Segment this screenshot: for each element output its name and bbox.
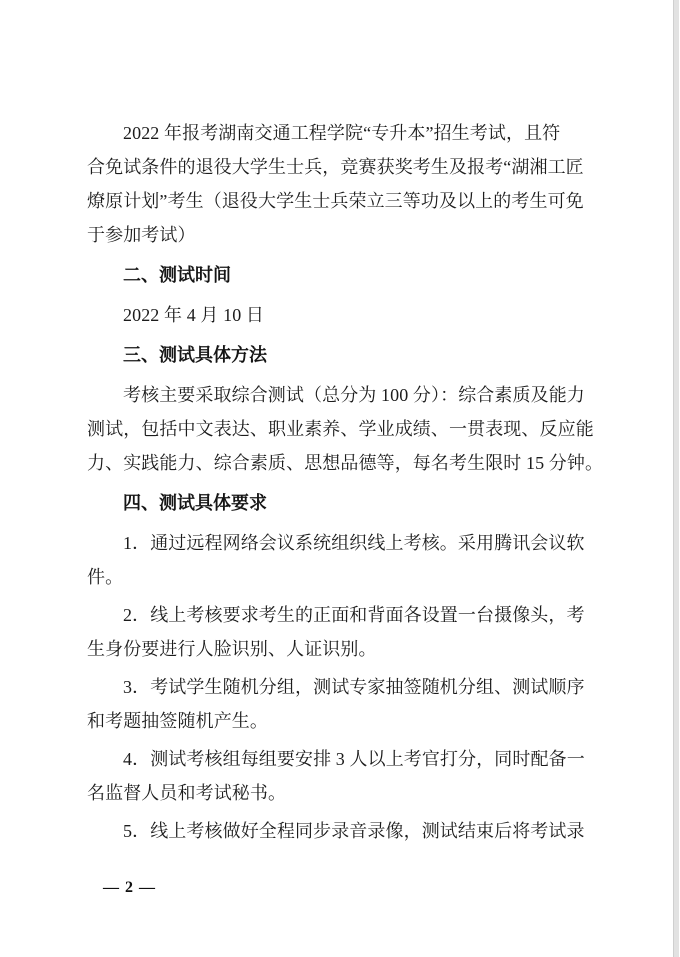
list-item-1: 1．通过远程网络会议系统组织线上考核。采用腾讯会议软 件。 [87,526,593,594]
text-line: 2022 年 4 月 10 日 [87,298,593,332]
paragraph-test-method: 考核主要采取综合测试（总分为 100 分）：综合素质及能力 测试，包括中文表达、… [87,378,593,480]
paragraph-eligibility: 2022 年报考湖南交通工程学院“专升本”招生考试，且符 合免试条件的退役大学生… [87,116,593,252]
text-line: 2．线上考核要求考生的正面和背面各设置一台摄像头，考 [87,598,593,632]
document-page: 2022 年报考湖南交通工程学院“专升本”招生考试，且符 合免试条件的退役大学生… [0,0,680,957]
list-item-4: 4．测试考核组每组要安排 3 人以上考官打分，同时配备一 名监督人员和考试秘书。 [87,742,593,810]
list-item-2: 2．线上考核要求考生的正面和背面各设置一台摄像头，考 生身份要进行人脸识别、人证… [87,598,593,666]
text-line: 于参加考试） [87,218,593,252]
text-line: 考核主要采取综合测试（总分为 100 分）：综合素质及能力 [87,378,593,412]
list-item-3: 3．考试学生随机分组，测试专家抽签随机分组、测试顺序 和考题抽签随机产生。 [87,670,593,738]
text-line: 1．通过远程网络会议系统组织线上考核。采用腾讯会议软 [87,526,593,560]
text-line: 力、实践能力、综合素质、思想品德等，每名考生限时 15 分钟。 [87,446,593,480]
page-number: — 2 — [103,878,156,898]
section-heading-test-requirements: 四、测试具体要求 [87,486,593,520]
section-heading-test-time: 二、测试时间 [87,258,593,292]
text-line: 件。 [87,560,593,594]
list-item-5: 5．线上考核做好全程同步录音录像，测试结束后将考试录 [87,814,593,848]
paragraph-test-date: 2022 年 4 月 10 日 [87,298,593,332]
text-line: 2022 年报考湖南交通工程学院“专升本”招生考试，且符 [87,116,593,150]
text-line: 和考题抽签随机产生。 [87,704,593,738]
document-body: 2022 年报考湖南交通工程学院“专升本”招生考试，且符 合免试条件的退役大学生… [87,112,593,852]
text-line: 燎原计划”考生（退役大学生士兵荣立三等功及以上的考生可免 [87,184,593,218]
section-heading-test-method: 三、测试具体方法 [87,338,593,372]
text-line: 4．测试考核组每组要安排 3 人以上考官打分，同时配备一 [87,742,593,776]
text-line: 5．线上考核做好全程同步录音录像，测试结束后将考试录 [87,814,593,848]
text-line: 名监督人员和考试秘书。 [87,776,593,810]
text-line: 3．考试学生随机分组，测试专家抽签随机分组、测试顺序 [87,670,593,704]
text-line: 生身份要进行人脸识别、人证识别。 [87,632,593,666]
text-line: 测试，包括中文表达、职业素养、学业成绩、一贯表现、反应能 [87,412,593,446]
text-line: 合免试条件的退役大学生士兵，竞赛获奖考生及报考“湖湘工匠 [87,150,593,184]
page-right-edge [673,0,679,957]
